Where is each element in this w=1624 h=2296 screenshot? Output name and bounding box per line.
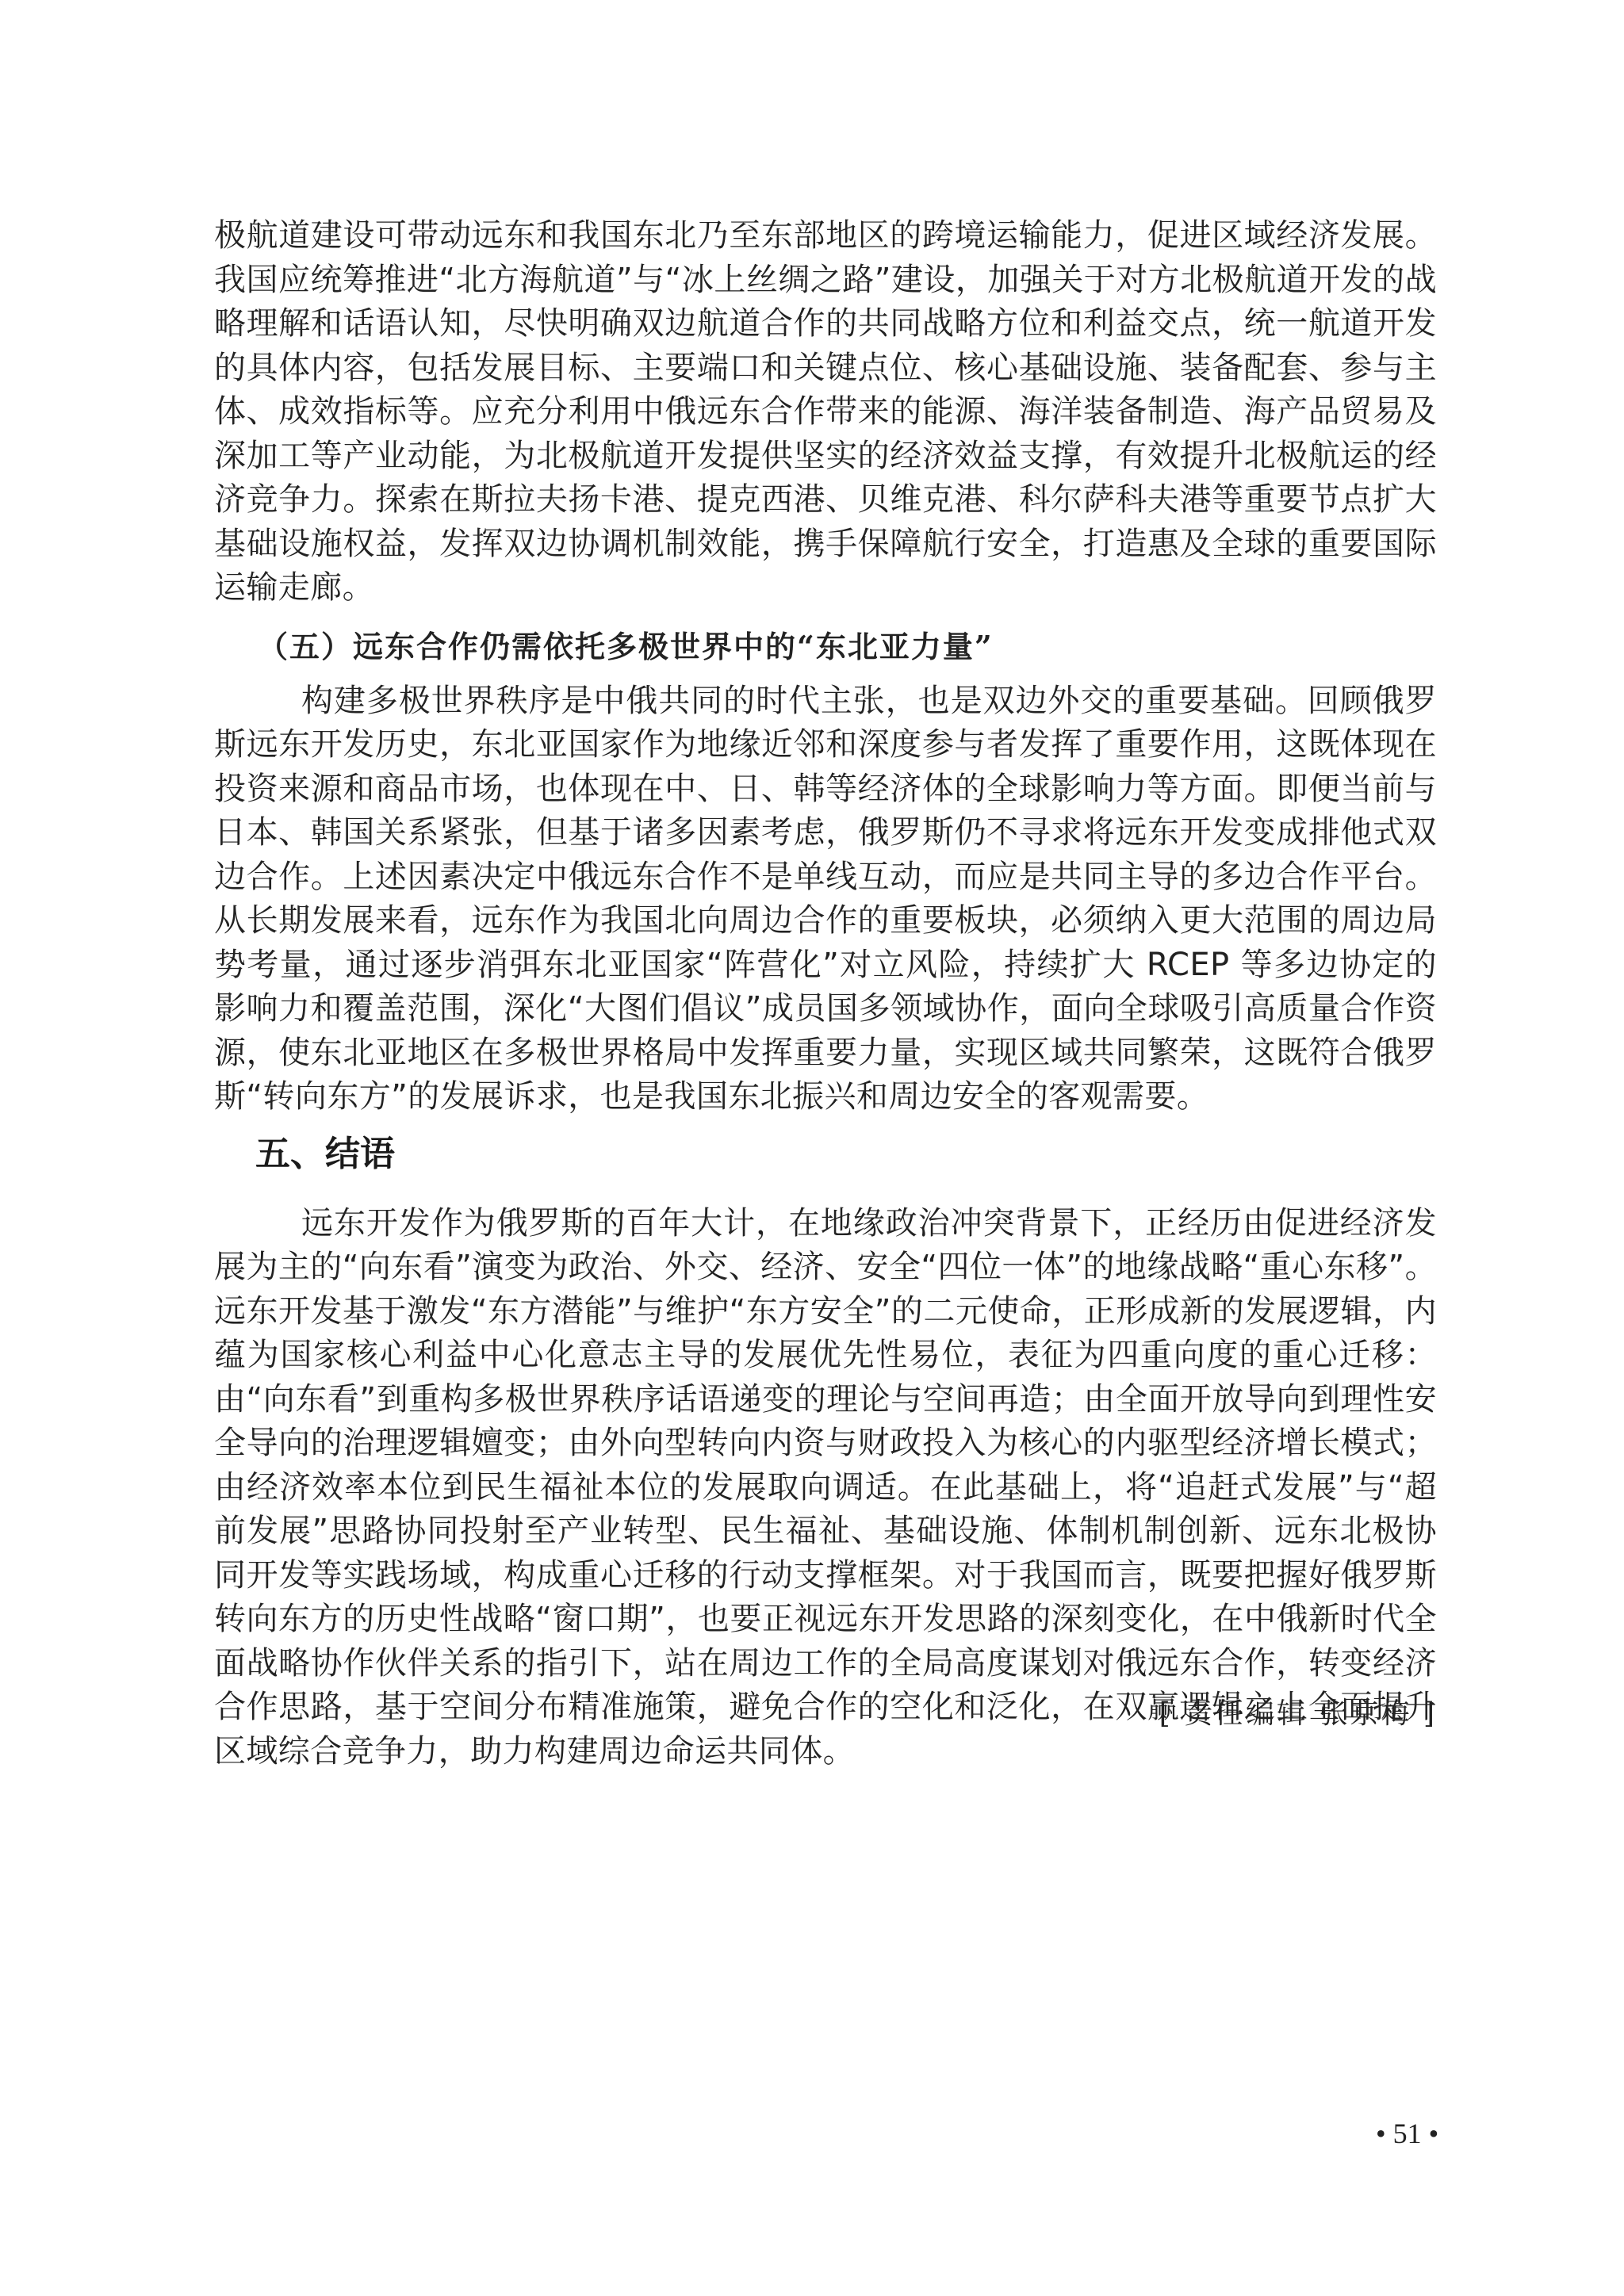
paragraph-arctic-route: 极航道建设可带动远东和我国东北乃至东部地区的跨境运输能力，促进区域经济发展。我国… [214, 214, 1437, 610]
paragraph-conclusion: 远东开发作为俄罗斯的百年大计，在地缘政治冲突背景下，正经历由促进经济发展为主的“… [214, 1202, 1437, 1774]
paragraph-northeast-asia: 构建多极世界秩序是中俄共同的时代主张，也是双边外交的重要基础。回顾俄罗斯远东开发… [214, 679, 1437, 1119]
section-title-conclusion: 五、结语 [214, 1131, 1437, 1178]
page-number: • 51 • [1376, 2117, 1438, 2150]
responsible-editor-note: [ 责任编辑 张京梅 ] [1159, 1691, 1437, 1732]
article-body: 极航道建设可带动远东和我国东北乃至东部地区的跨境运输能力，促进区域经济发展。我国… [214, 214, 1437, 1774]
subsection-heading: （五）远东合作仍需依托多极世界中的“东北亚力量” [214, 625, 1437, 668]
